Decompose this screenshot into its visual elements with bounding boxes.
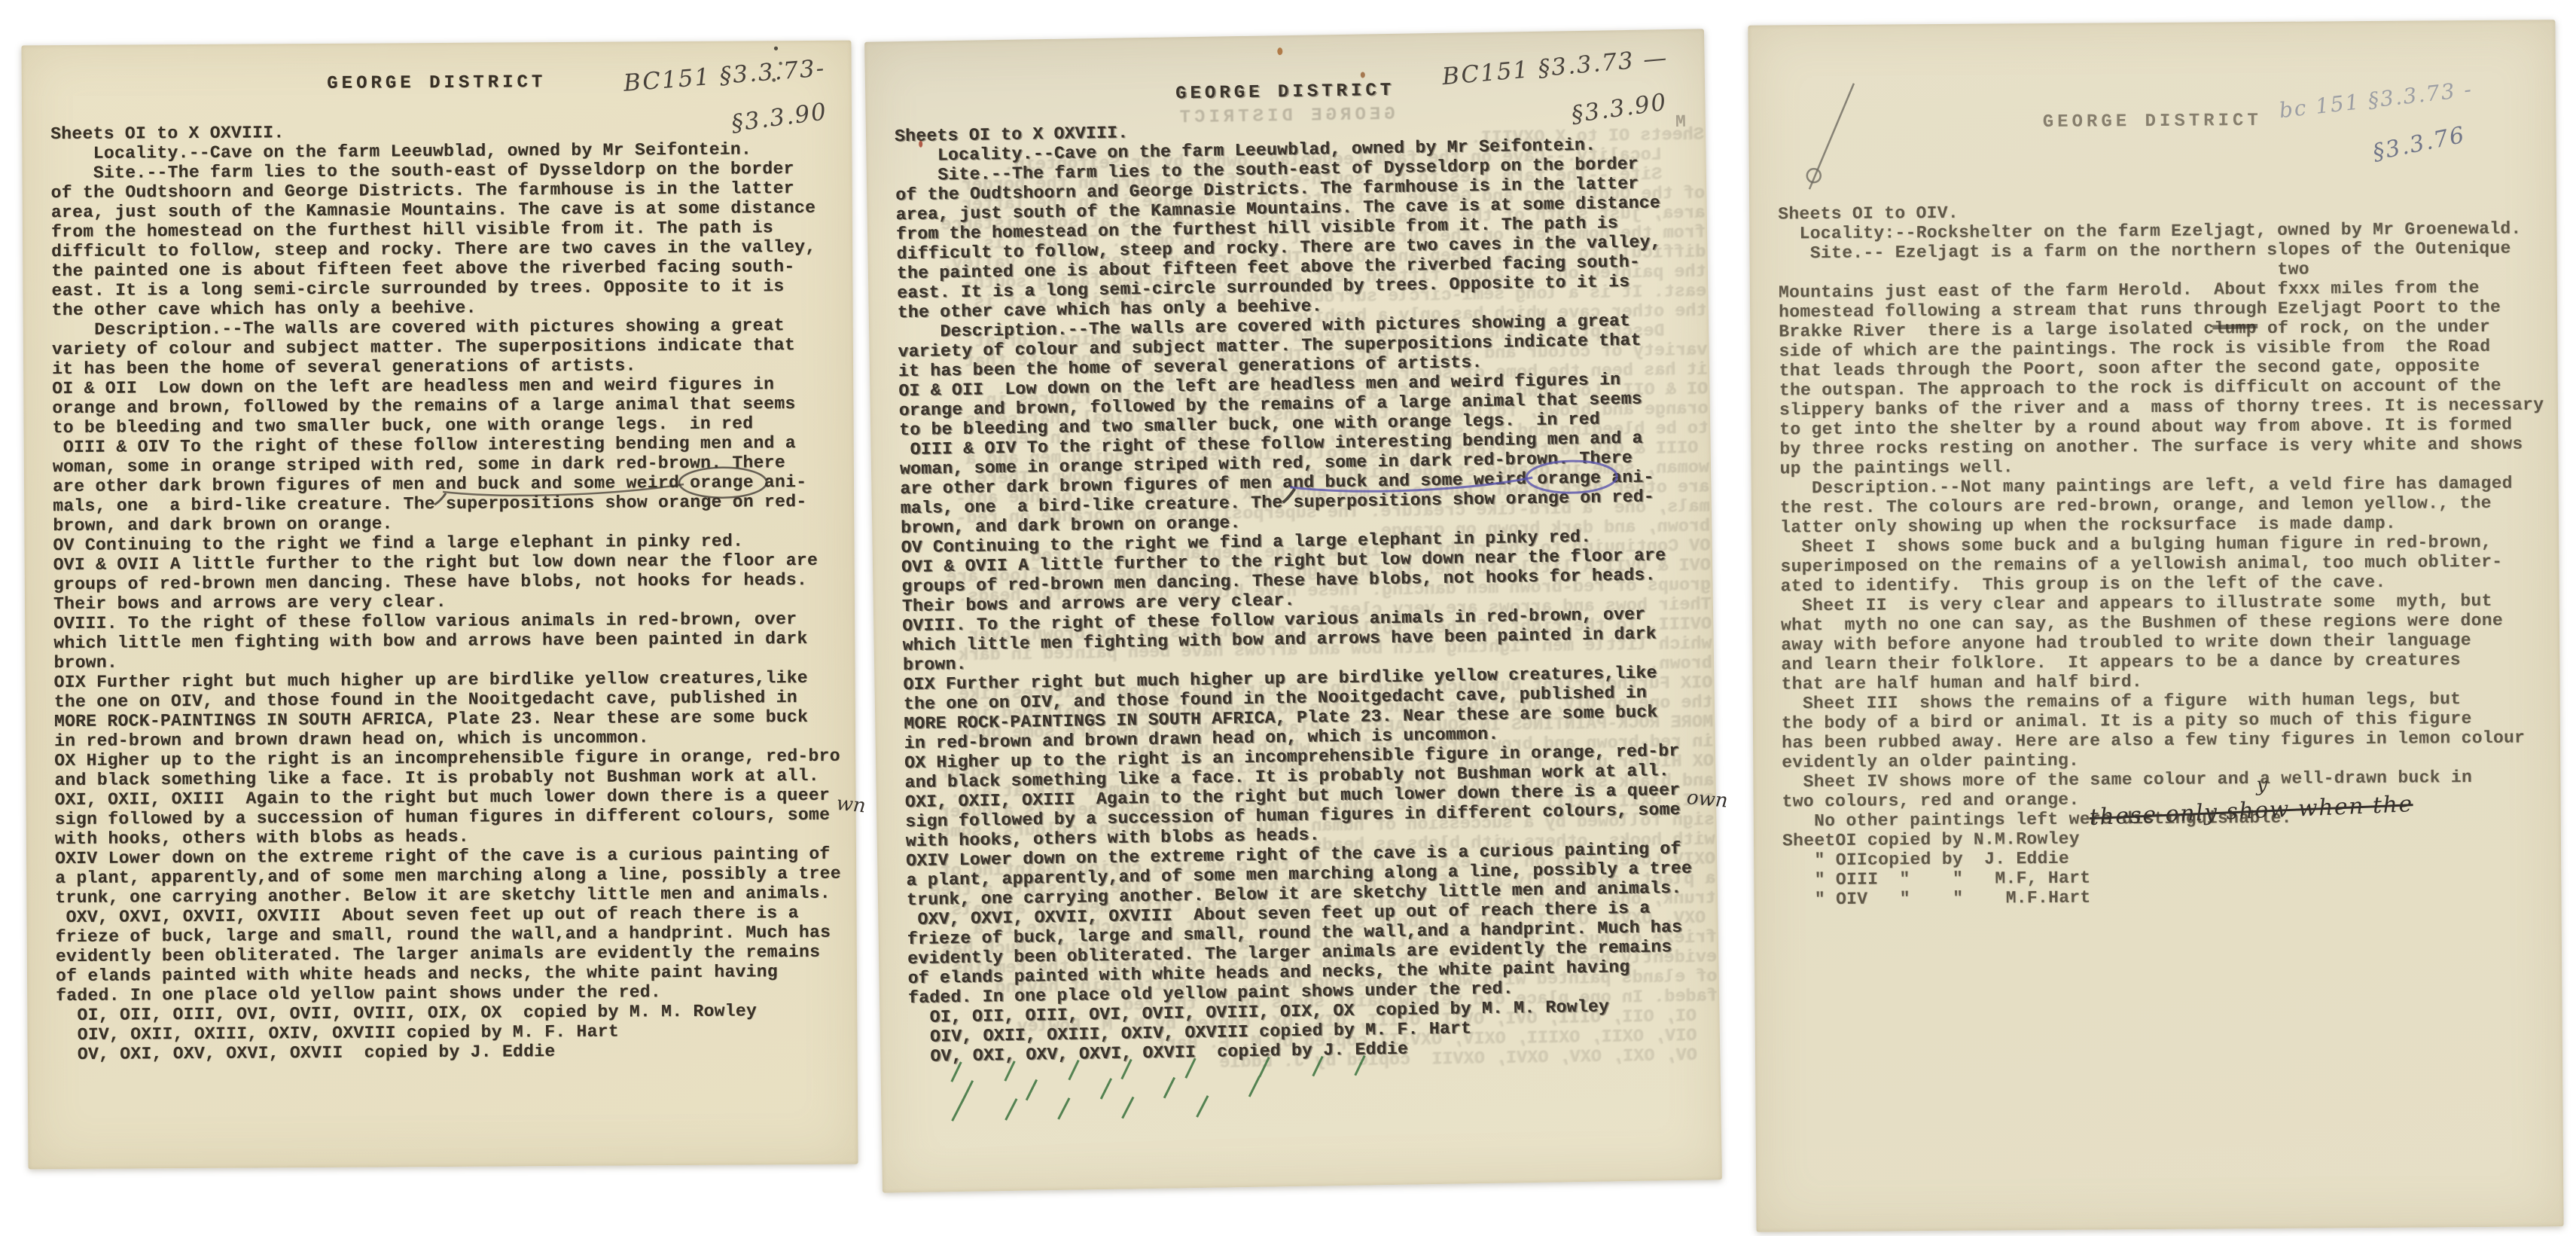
stray-ghost-letter: M (1675, 112, 1686, 132)
sheet-page-3: bc 151 §3.3.73 - §3.3.76 GEORGE DISTRICT… (1748, 20, 2563, 1231)
rust-spot (1277, 47, 1282, 55)
typewritten-line: OV, OXI, OXV, OXVI, OXVII copied by J. E… (56, 1040, 849, 1064)
typewritten-lines: Sheets OI to X OXVIII. Locality.--Cave o… (895, 114, 1711, 1067)
handwritten-word-suffix: wn (835, 792, 867, 818)
rust-spot (1361, 72, 1365, 78)
ink-letter-correction: y (2256, 774, 2267, 796)
handwritten-word-suffix: own (1686, 786, 1729, 813)
sheet-page-2-carbon-copy: Sheets OI to X OXVIII. Locality.--Cave o… (864, 29, 1722, 1192)
sheet-page-1: BC151 §3.3.73- §3.3.90 GEORGE DISTRICT S… (21, 41, 858, 1170)
scanned-documents-canvas: { "colors": { "background": "#ffffff", "… (0, 0, 2576, 1236)
page-title: GEORGE DISTRICT (22, 71, 852, 96)
typewritten-lines: Sheets OI to X OXVIII. Locality.--Cave o… (50, 120, 849, 1064)
red-ink-spot (919, 141, 922, 148)
